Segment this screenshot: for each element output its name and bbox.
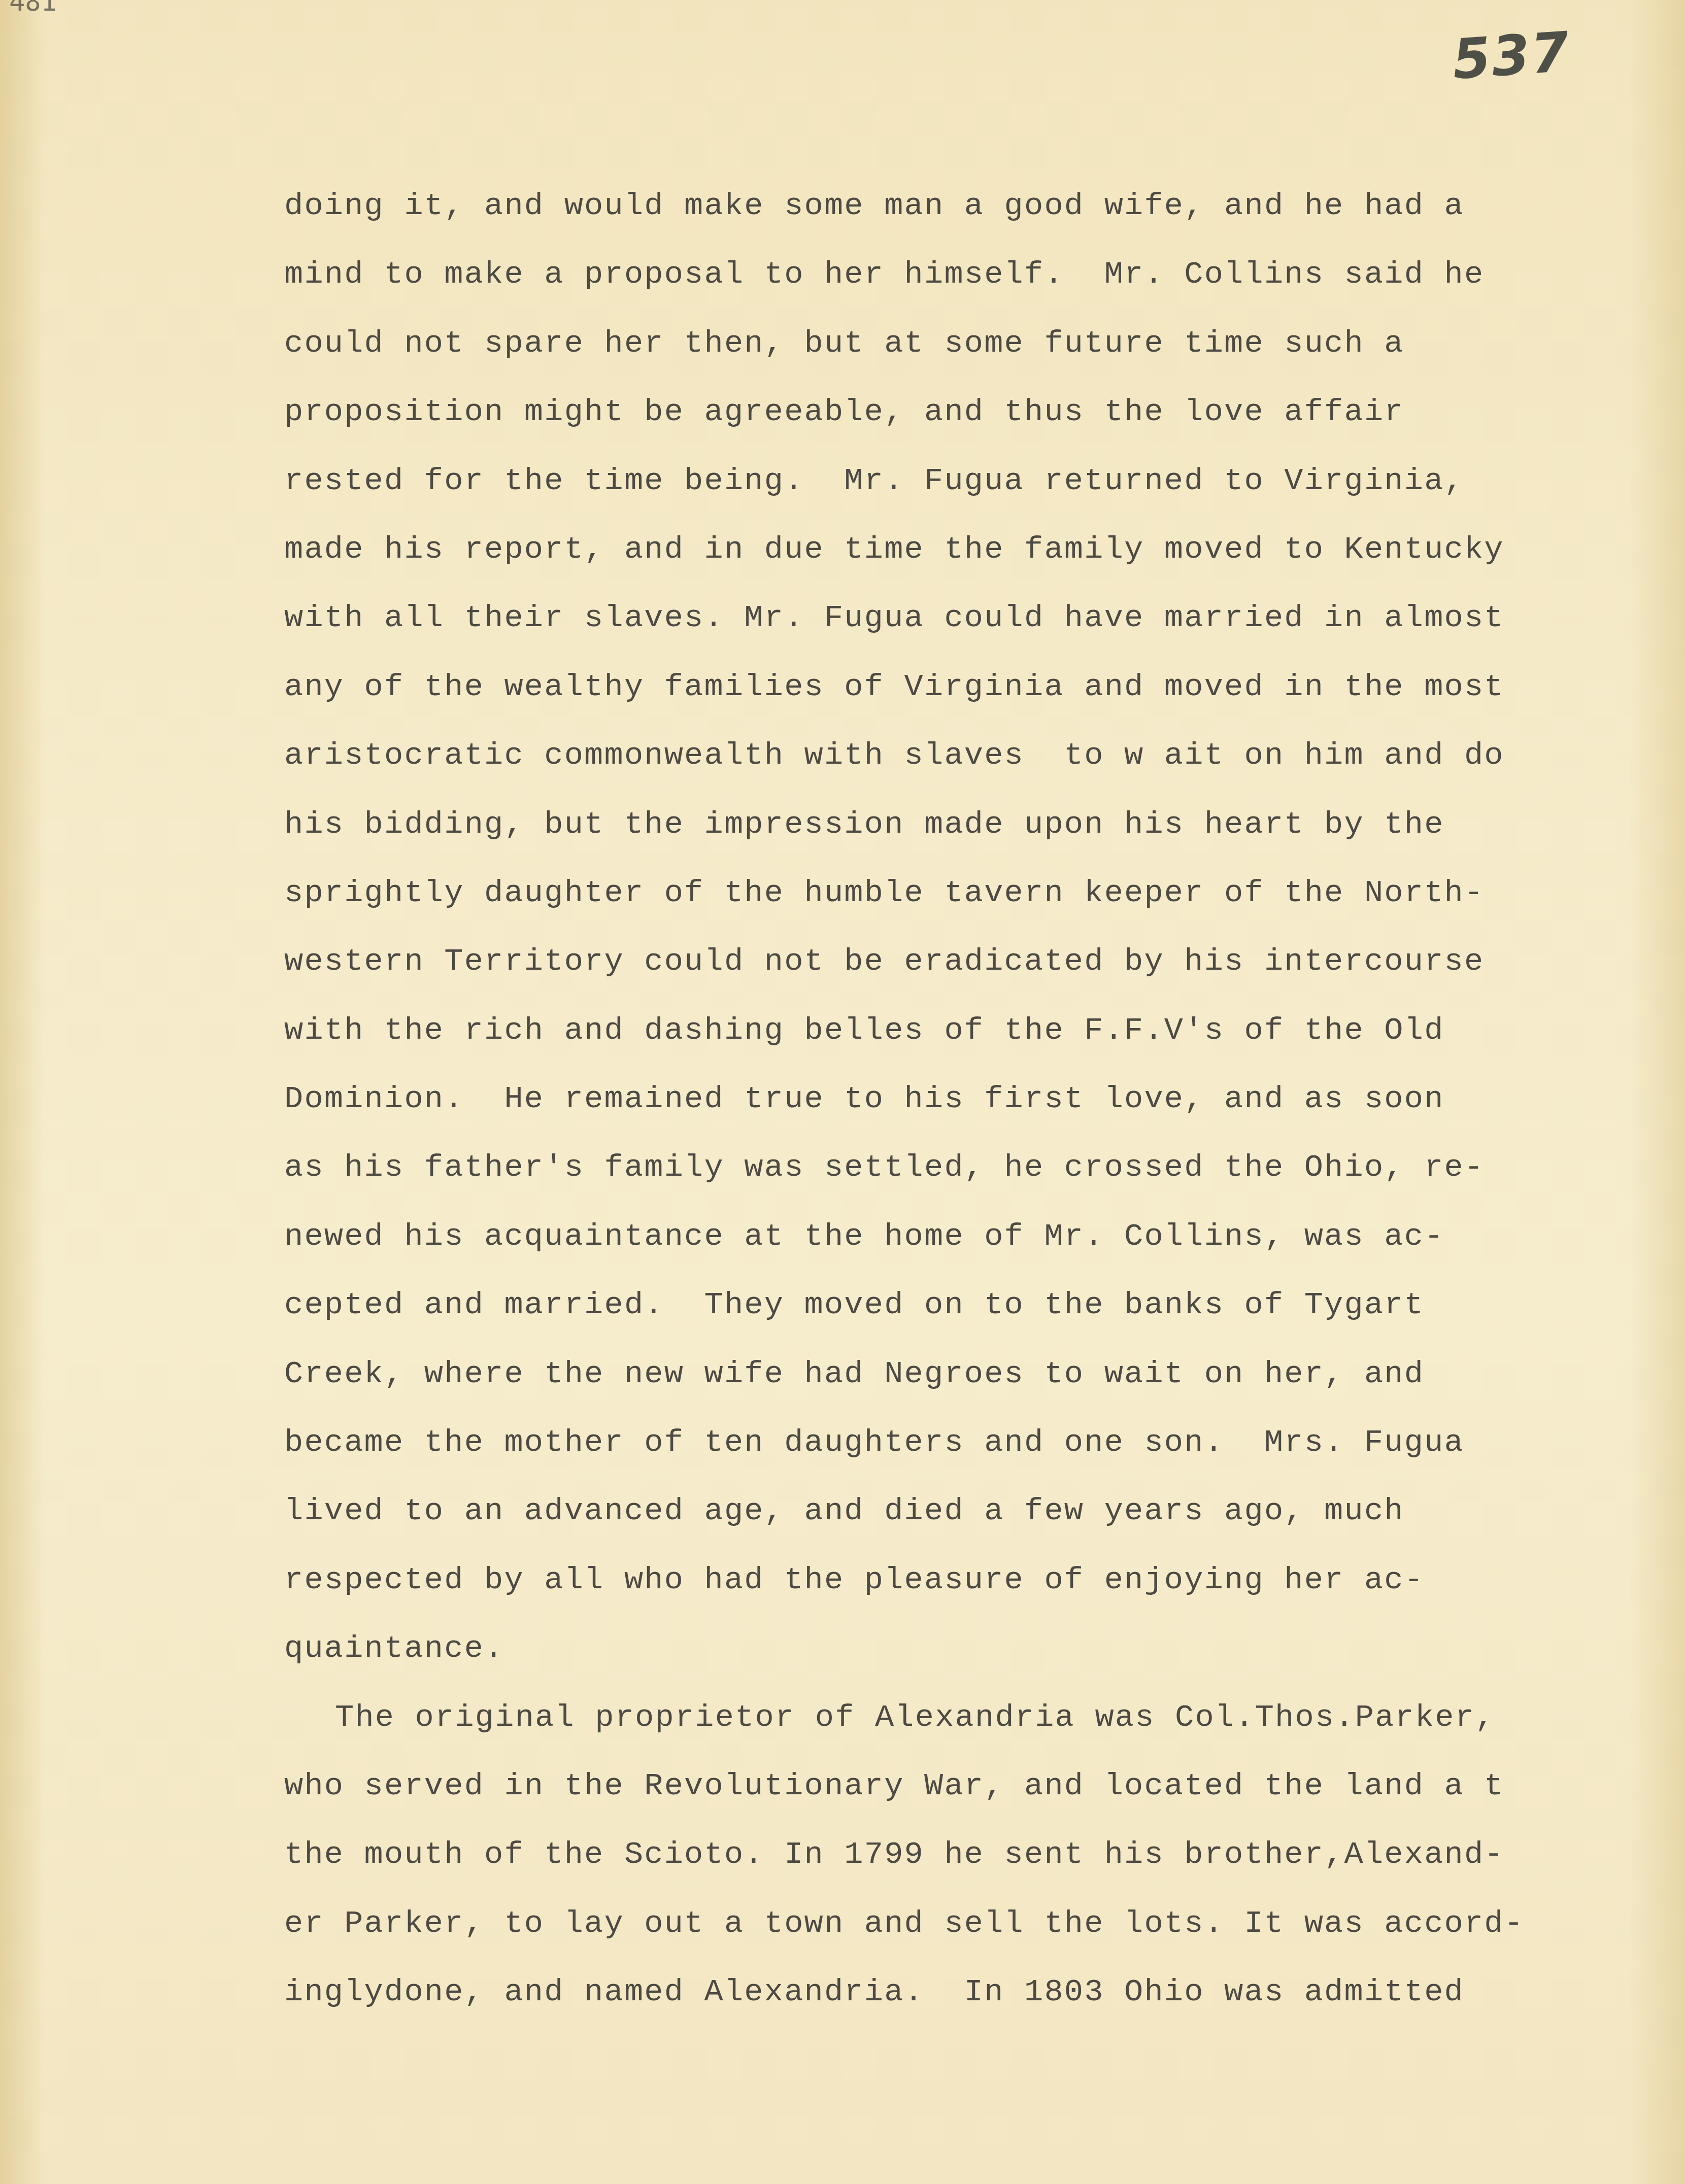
- text-line: with all their slaves. Mr. Fugua could h…: [284, 584, 1583, 652]
- text-line: respected by all who had the pleasure of…: [284, 1546, 1583, 1614]
- text-line: doing it, and would make some man a good…: [284, 172, 1583, 240]
- text-line: his bidding, but the impression made upo…: [284, 790, 1583, 859]
- text-line: became the mother of ten daughters and o…: [284, 1408, 1583, 1477]
- text-line: Creek, where the new wife had Negroes to…: [284, 1340, 1583, 1408]
- text-line: aristocratic commonwealth with slaves to…: [284, 721, 1583, 790]
- document-body: doing it, and would make some man a good…: [284, 172, 1583, 2027]
- text-line: with the rich and dashing belles of the …: [284, 996, 1583, 1065]
- text-line: inglydone, and named Alexandria. In 1803…: [284, 1958, 1583, 2026]
- text-line: sprightly daughter of the humble tavern …: [284, 859, 1583, 927]
- text-line: could not spare her then, but at some fu…: [284, 309, 1583, 378]
- text-line: who served in the Revolutionary War, and…: [284, 1752, 1583, 1820]
- text-line: made his report, and in due time the fam…: [284, 515, 1583, 584]
- typed-document-page: 481 537 doing it, and would make some ma…: [0, 0, 1685, 2184]
- text-line: as his father's family was settled, he c…: [284, 1133, 1583, 1202]
- corner-page-mark: 481: [9, 0, 57, 17]
- paragraph-2: The original proprietor of Alexandria wa…: [284, 1683, 1583, 2027]
- paragraph-1: doing it, and would make some man a good…: [284, 172, 1583, 1683]
- text-line: lived to an advanced age, and died a few…: [284, 1477, 1583, 1545]
- text-line: mind to make a proposal to her himself. …: [284, 240, 1583, 309]
- text-line: cepted and married. They moved on to the…: [284, 1271, 1583, 1339]
- text-line: The original proprietor of Alexandria wa…: [284, 1683, 1583, 1752]
- text-line: newed his acquaintance at the home of Mr…: [284, 1202, 1583, 1271]
- text-line: western Territory could not be eradicate…: [284, 927, 1583, 996]
- text-line: Dominion. He remained true to his first …: [284, 1065, 1583, 1133]
- text-line: proposition might be agreeable, and thus…: [284, 378, 1583, 446]
- text-line: er Parker, to lay out a town and sell th…: [284, 1889, 1583, 1958]
- text-line: any of the wealthy families of Virginia …: [284, 653, 1583, 721]
- text-line: the mouth of the Scioto. In 1799 he sent…: [284, 1820, 1583, 1889]
- handwritten-page-number: 537: [1451, 20, 1572, 92]
- text-line: quaintance.: [284, 1614, 1583, 1683]
- text-line: rested for the time being. Mr. Fugua ret…: [284, 447, 1583, 515]
